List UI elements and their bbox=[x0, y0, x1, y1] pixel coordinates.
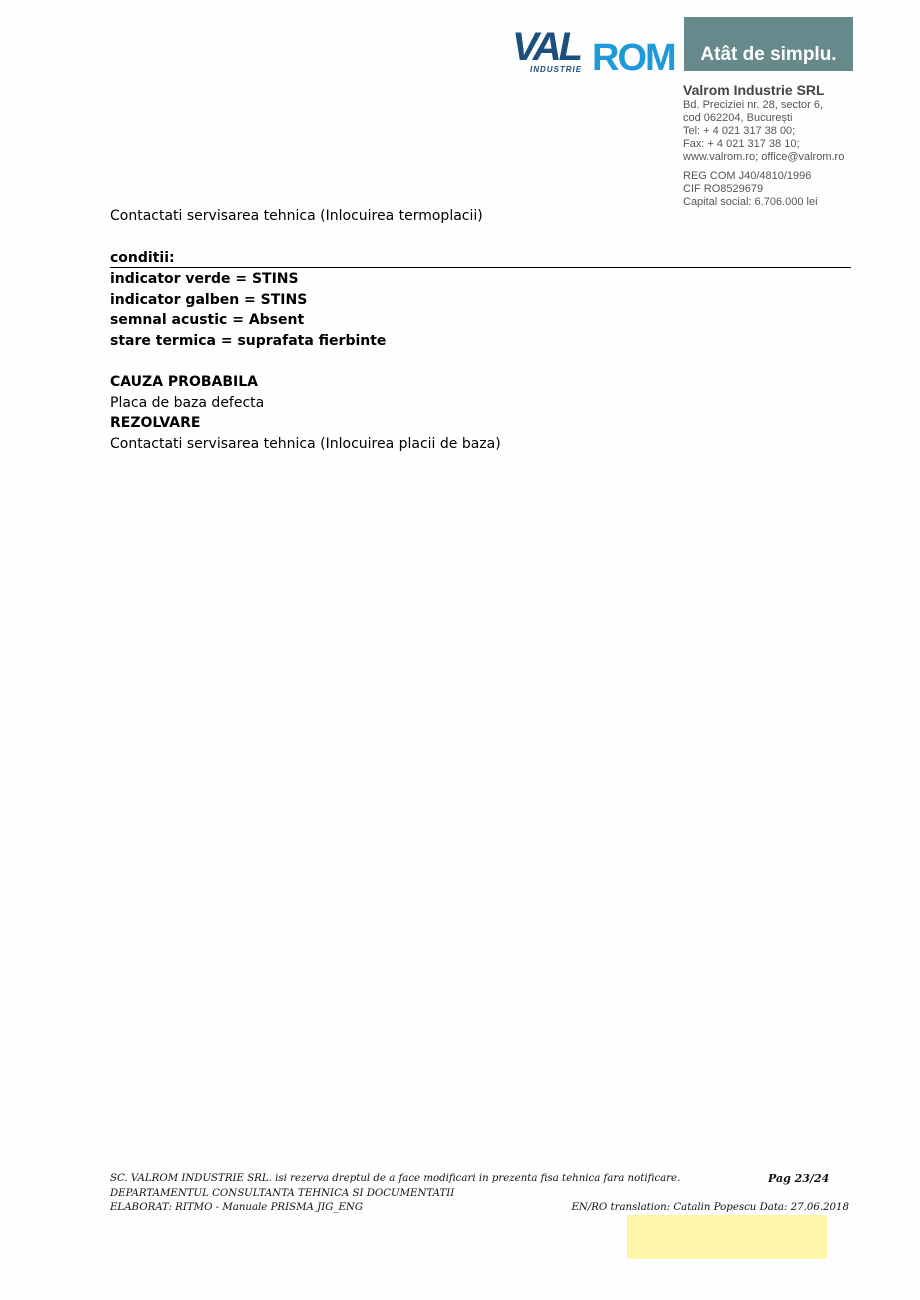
company-fax: Fax: + 4 021 317 38 10; bbox=[683, 138, 844, 151]
translation-credit: EN/RO translation: Catalin Popescu Data:… bbox=[571, 1201, 849, 1216]
resolution-heading: REZOLVARE bbox=[110, 413, 200, 434]
intro-line: Contactati servisarea tehnica (Inlocuire… bbox=[110, 206, 483, 227]
condition-item: stare termica = suprafata fierbinte bbox=[110, 331, 386, 352]
company-web-email: www.valrom.ro; office@valrom.ro bbox=[683, 151, 844, 164]
company-cif: CIF RO8529679 bbox=[683, 183, 844, 196]
company-info: Valrom Industrie SRL Bd. Preciziei nr. 2… bbox=[683, 82, 844, 209]
condition-item: indicator galben = STINS bbox=[110, 290, 307, 311]
company-registration: REG COM J40/4810/1996 bbox=[683, 170, 844, 183]
company-capital: Capital social: 6.706.000 lei bbox=[683, 196, 844, 209]
cause-text: Placa de baza defecta bbox=[110, 393, 264, 414]
cause-heading: CAUZA PROBABILA bbox=[110, 372, 258, 393]
resolution-text: Contactati servisarea tehnica (Inlocuire… bbox=[110, 434, 501, 455]
valrom-logo-icon: VAL ROM INDUSTRIE bbox=[512, 26, 678, 74]
footer-disclaimer: SC. VALROM INDUSTRIE SRL. isi rezerva dr… bbox=[110, 1172, 680, 1187]
company-address-line: Bd. Preciziei nr. 28, sector 6, bbox=[683, 99, 844, 112]
highlight-box bbox=[627, 1215, 827, 1259]
conditions-divider bbox=[110, 267, 851, 268]
slogan-text: Atât de simplu. bbox=[700, 44, 836, 66]
slogan-banner: Atât de simplu. bbox=[684, 17, 853, 71]
condition-item: indicator verde = STINS bbox=[110, 269, 299, 290]
logo-val-text: VAL bbox=[512, 26, 582, 69]
company-address-line: cod 062204, București bbox=[683, 112, 844, 125]
valrom-logo: VAL ROM INDUSTRIE bbox=[512, 26, 678, 74]
logo-subtitle-text: INDUSTRIE bbox=[530, 65, 582, 74]
page-number: Pag 23/24 bbox=[768, 1172, 829, 1187]
company-phone: Tel: + 4 021 317 38 00; bbox=[683, 125, 844, 138]
conditions-heading: conditii: bbox=[110, 248, 175, 269]
footer-department: DEPARTAMENTUL CONSULTANTA TEHNICA SI DOC… bbox=[110, 1187, 680, 1202]
logo-rom-text: ROM bbox=[592, 37, 675, 74]
condition-item: semnal acustic = Absent bbox=[110, 310, 304, 331]
company-name: Valrom Industrie SRL bbox=[683, 82, 844, 99]
